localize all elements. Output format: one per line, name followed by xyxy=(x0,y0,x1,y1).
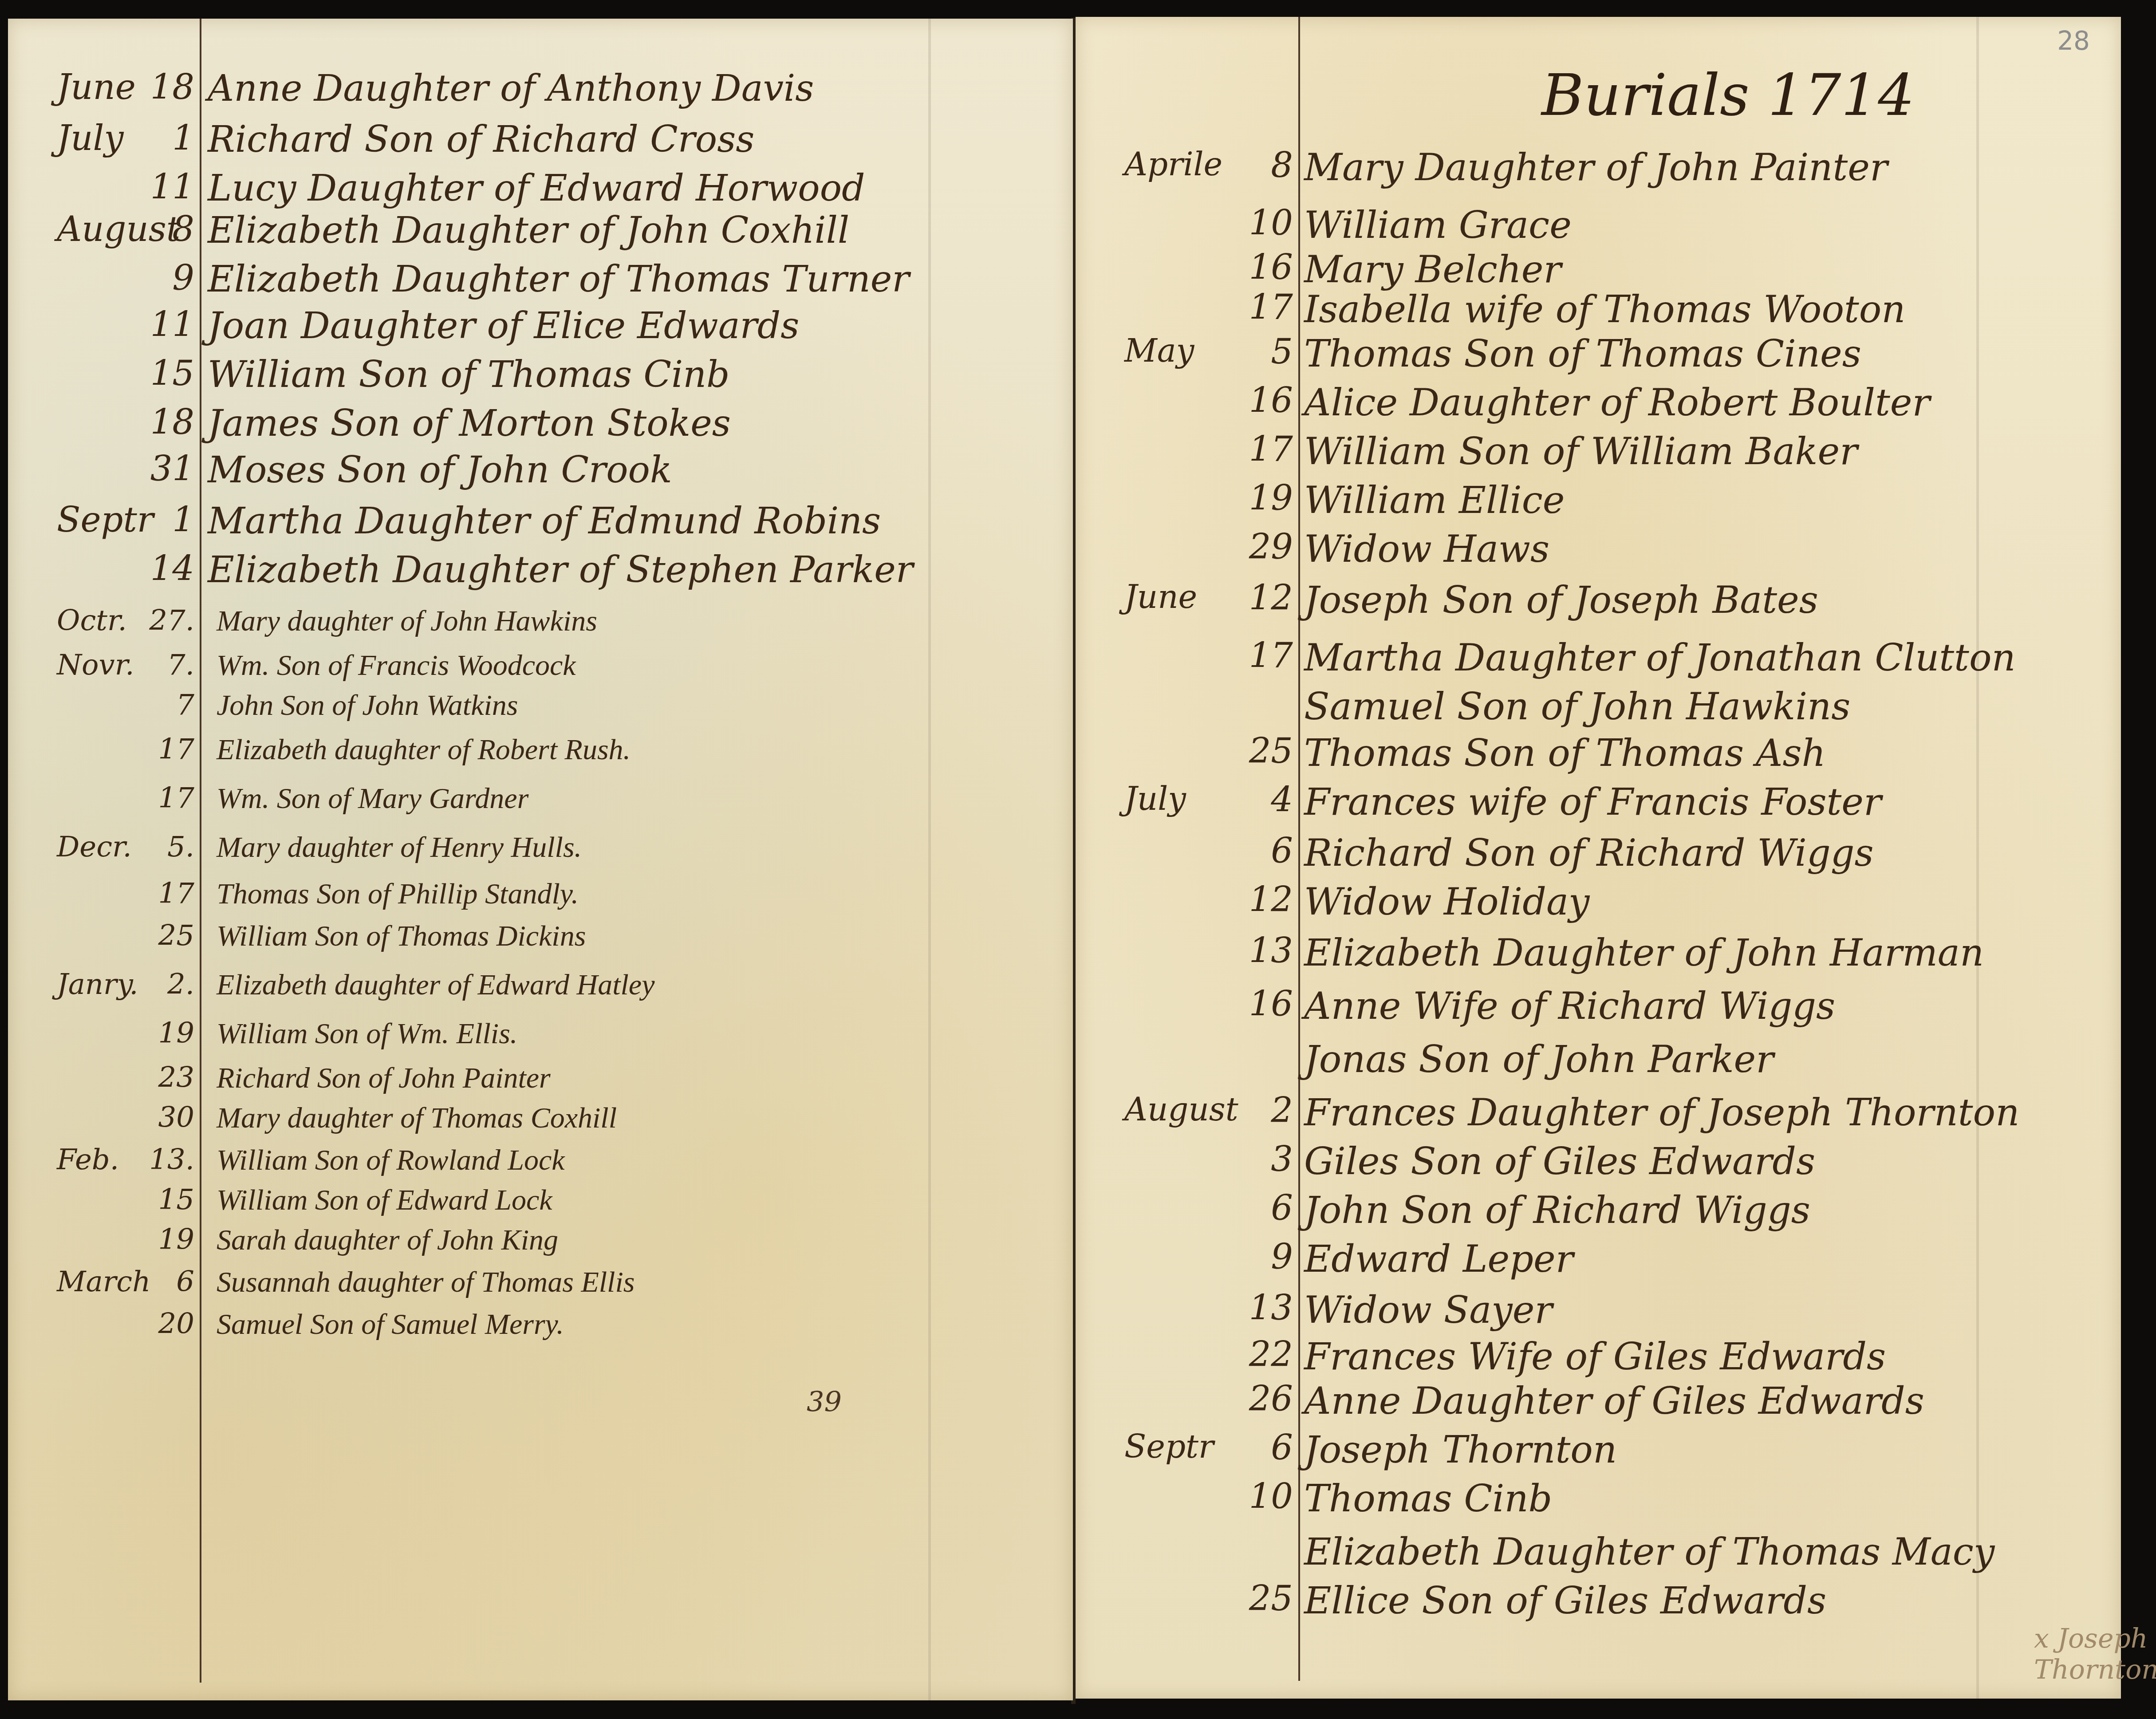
register-entry: 3Giles Son of Giles Edwards xyxy=(1076,1139,2121,1188)
entry-month: July xyxy=(1124,780,1186,817)
entry-text: Mary Daughter of John Painter xyxy=(1304,146,1888,189)
entry-month: Septr xyxy=(1124,1428,1214,1465)
entry-day: 6 xyxy=(1240,1188,1293,1228)
entry-text: William Son of William Baker xyxy=(1304,430,1857,473)
entry-day: 8 xyxy=(141,209,194,249)
entry-text: Anne Daughter of Giles Edwards xyxy=(1304,1379,1924,1423)
entry-day: 8 xyxy=(1240,146,1293,185)
entry-day: 2. xyxy=(141,968,194,1001)
entry-day: 17 xyxy=(141,733,194,766)
register-entry: 19William Son of Wm. Ellis. xyxy=(8,1017,1073,1066)
entry-day: 25 xyxy=(1240,1579,1293,1619)
folio-number: 39 xyxy=(807,1385,842,1418)
register-entry: July4Frances wife of Francis Foster xyxy=(1076,780,2121,829)
register-entry: Elizabeth Daughter of Thomas Macy xyxy=(1076,1530,2121,1579)
entry-day: 9 xyxy=(1240,1237,1293,1277)
register-entry: Samuel Son of John Hawkins xyxy=(1076,685,2121,733)
register-entry: Jonas Son of John Parker xyxy=(1076,1037,2121,1086)
page-title: Burials 1714 xyxy=(1541,61,1915,129)
register-entry: 16Alice Daughter of Robert Boulter xyxy=(1076,381,2121,430)
entry-day: 25 xyxy=(141,919,194,952)
right-page: 28 Burials 1714 Aprile8Mary Daughter of … xyxy=(1076,17,2121,1699)
entry-day: 17 xyxy=(141,782,194,815)
entry-text: Widow Sayer xyxy=(1304,1288,1553,1332)
register-entry: August2Frances Daughter of Joseph Thornt… xyxy=(1076,1091,2121,1139)
entry-text: Richard Son of Richard Wiggs xyxy=(1304,831,1874,875)
entry-day: 17 xyxy=(1240,636,1293,676)
entry-text: James Son of Morton Stokes xyxy=(208,402,731,445)
entry-day: 12 xyxy=(1240,578,1293,618)
register-entry: 14Elizabeth Daughter of Stephen Parker xyxy=(8,549,1073,598)
entry-text: Lucy Daughter of Edward Horwood xyxy=(208,167,865,209)
entry-day: 19 xyxy=(141,1223,194,1256)
entry-day: 15 xyxy=(141,354,194,394)
entry-text: Frances Daughter of Joseph Thornton xyxy=(1304,1091,2019,1134)
entry-text: Elizabeth Daughter of Thomas Macy xyxy=(1304,1530,1994,1573)
entry-text: Mary daughter of Thomas Coxhill xyxy=(217,1101,617,1135)
entry-text: Giles Son of Giles Edwards xyxy=(1304,1139,1815,1183)
entry-text: Joseph Thornton xyxy=(1304,1428,1617,1471)
entry-text: Edward Leper xyxy=(1304,1237,1573,1281)
entry-text: Isabella wife of Thomas Wooton xyxy=(1304,288,1905,331)
entry-day: 14 xyxy=(141,549,194,589)
entry-text: Mary daughter of Henry Hulls. xyxy=(217,831,582,864)
entry-text: Mary daughter of John Hawkins xyxy=(217,604,597,638)
register-entry: 12Widow Holiday xyxy=(1076,880,2121,929)
entry-month: May xyxy=(1124,332,1194,369)
pencil-folio-number: 28 xyxy=(2057,26,2090,56)
entry-day: 5 xyxy=(1240,332,1293,372)
entry-text: Joseph Son of Joseph Bates xyxy=(1304,578,1818,622)
entry-day: 27. xyxy=(141,604,194,637)
entry-day: 10 xyxy=(1240,203,1293,243)
entry-day: 6 xyxy=(1240,1428,1293,1468)
entry-day: 26 xyxy=(1240,1379,1293,1419)
register-entry: 25Thomas Son of Thomas Ash xyxy=(1076,731,2121,780)
entry-text: Alice Daughter of Robert Boulter xyxy=(1304,381,1930,424)
register-entry: June18Anne Daughter of Anthony Davis xyxy=(8,67,1073,116)
entry-day: 11 xyxy=(141,167,194,207)
register-entry: Janry.2.Elizabeth daughter of Edward Hat… xyxy=(8,968,1073,1017)
register-entry: 29Widow Haws xyxy=(1076,527,2121,576)
entry-text: Elizabeth daughter of Robert Rush. xyxy=(217,733,631,767)
register-entry: 6Richard Son of Richard Wiggs xyxy=(1076,831,2121,880)
register-entry: 17Thomas Son of Phillip Standly. xyxy=(8,877,1073,926)
entry-month: Aprile xyxy=(1124,146,1222,183)
register-entry: 17Isabella wife of Thomas Wooton xyxy=(1076,288,2121,336)
register-entry: 16Anne Wife of Richard Wiggs xyxy=(1076,984,2121,1033)
entry-day: 19 xyxy=(1240,478,1293,518)
entry-text: Frances Wife of Giles Edwards xyxy=(1304,1335,1886,1378)
entry-text: Thomas Son of Thomas Ash xyxy=(1304,731,1826,775)
entry-day: 7 xyxy=(141,689,194,722)
entry-month: August xyxy=(1124,1091,1238,1128)
register-entry: May5Thomas Son of Thomas Cines xyxy=(1076,332,2121,381)
entry-day: 10 xyxy=(1240,1477,1293,1517)
entry-month: Octr. xyxy=(57,604,127,637)
register-entry: 17Martha Daughter of Jonathan Clutton xyxy=(1076,636,2121,685)
entry-text: Thomas Son of Thomas Cines xyxy=(1304,332,1861,375)
entry-day: 17 xyxy=(1240,288,1293,327)
register-entry: 17William Son of William Baker xyxy=(1076,430,2121,478)
entry-text: John Son of Richard Wiggs xyxy=(1304,1188,1810,1232)
entry-month: Novr. xyxy=(57,649,134,682)
entry-text: Elizabeth Daughter of Stephen Parker xyxy=(208,549,913,591)
entry-day: 7. xyxy=(141,649,194,682)
entry-day: 25 xyxy=(1240,731,1293,771)
entry-day: 16 xyxy=(1240,984,1293,1024)
register-entry: 26Anne Daughter of Giles Edwards xyxy=(1076,1379,2121,1428)
entry-text: Mary Belcher xyxy=(1304,248,1561,291)
entry-month: June xyxy=(57,67,136,107)
entry-text: William Son of Thomas Cinb xyxy=(208,354,730,396)
entry-text: Wm. Son of Mary Gardner xyxy=(217,782,528,816)
register-entry: 13Elizabeth Daughter of John Harman xyxy=(1076,931,2121,980)
register-entry: 15William Son of Thomas Cinb xyxy=(8,354,1073,402)
entry-day: 9 xyxy=(141,258,194,298)
entry-text: Samuel Son of Samuel Merry. xyxy=(217,1308,564,1341)
entry-text: Thomas Son of Phillip Standly. xyxy=(217,877,579,911)
left-page: June18Anne Daughter of Anthony Davis Jul… xyxy=(8,19,1073,1700)
entry-text: Elizabeth daughter of Edward Hatley xyxy=(217,968,654,1002)
entry-day: 2 xyxy=(1240,1091,1293,1131)
entry-text: Elizabeth Daughter of Thomas Turner xyxy=(208,258,909,300)
entry-text: Frances wife of Francis Foster xyxy=(1304,780,1881,824)
register-entry: 11Joan Daughter of Elice Edwards xyxy=(8,305,1073,354)
entry-day: 5. xyxy=(141,831,194,863)
entry-text: Jonas Son of John Parker xyxy=(1304,1037,1774,1081)
entry-day: 13 xyxy=(1240,931,1293,971)
register-entry: 7John Son of John Watkins xyxy=(8,689,1073,737)
register-entry: Septr1Martha Daughter of Edmund Robins xyxy=(8,500,1073,549)
register-entry: 10William Grace xyxy=(1076,203,2121,252)
entry-text: William Son of Wm. Ellis. xyxy=(217,1017,517,1051)
entry-text: Martha Daughter of Edmund Robins xyxy=(208,500,881,542)
register-entry: 22Frances Wife of Giles Edwards xyxy=(1076,1335,2121,1384)
register-entry: 31Moses Son of John Crook xyxy=(8,449,1073,498)
entry-day: 16 xyxy=(1240,381,1293,421)
entry-month: Septr xyxy=(57,500,154,540)
entry-text: Ellice Son of Giles Edwards xyxy=(1304,1579,1826,1622)
entry-text: Anne Wife of Richard Wiggs xyxy=(1304,984,1835,1028)
entry-day: 29 xyxy=(1240,527,1293,567)
entry-text: William Ellice xyxy=(1304,478,1565,522)
entry-month: Feb. xyxy=(57,1143,119,1176)
register-entry: 19Sarah daughter of John King xyxy=(8,1223,1073,1272)
entry-day: 16 xyxy=(1240,248,1293,288)
register-entry: Aprile8Mary Daughter of John Painter xyxy=(1076,146,2121,194)
entry-month: March xyxy=(57,1266,150,1298)
register-entry: 19William Ellice xyxy=(1076,478,2121,527)
entry-text: Richard Son of Richard Cross xyxy=(208,118,754,161)
register-entry: Septr6Joseph Thornton xyxy=(1076,1428,2121,1477)
entry-day: 31 xyxy=(141,449,194,489)
entry-day: 1 xyxy=(141,118,194,158)
entry-day: 6 xyxy=(141,1266,194,1298)
register-entry: 9Elizabeth Daughter of Thomas Turner xyxy=(8,258,1073,307)
entry-day: 6 xyxy=(1240,831,1293,871)
register-entry: 11Lucy Daughter of Edward Horwood xyxy=(8,167,1073,216)
register-entry: Octr.27.Mary daughter of John Hawkins xyxy=(8,604,1073,653)
register-entry: March6Susannah daughter of Thomas Ellis xyxy=(8,1266,1073,1314)
entry-day: 22 xyxy=(1240,1335,1293,1375)
register-entry: 18James Son of Morton Stokes xyxy=(8,402,1073,451)
entry-day: 1 xyxy=(141,500,194,540)
entry-text: William Son of Rowland Lock xyxy=(217,1143,565,1177)
entry-text: Martha Daughter of Jonathan Clutton xyxy=(1304,636,2016,679)
entry-text: Anne Daughter of Anthony Davis xyxy=(208,67,814,110)
entry-day: 18 xyxy=(141,67,194,107)
entry-text: Thomas Cinb xyxy=(1304,1477,1552,1520)
entry-text: Elizabeth Daughter of John Coxhill xyxy=(208,209,849,252)
entry-month: June xyxy=(1124,578,1197,615)
entry-text: Moses Son of John Crook xyxy=(208,449,672,491)
entry-text: Sarah daughter of John King xyxy=(217,1223,558,1257)
register-entry: 20Samuel Son of Samuel Merry. xyxy=(8,1308,1073,1356)
entry-month: July xyxy=(57,118,124,158)
entry-day: 17 xyxy=(141,877,194,910)
register-entry: 25William Son of Thomas Dickins xyxy=(8,919,1073,968)
register-entry: 6John Son of Richard Wiggs xyxy=(1076,1188,2121,1237)
register-entry: 30Mary daughter of Thomas Coxhill xyxy=(8,1101,1073,1150)
entry-day: 23 xyxy=(141,1061,194,1094)
entry-text: Elizabeth Daughter of John Harman xyxy=(1304,931,1984,974)
entry-day: 11 xyxy=(141,305,194,345)
entry-text: William Son of Thomas Dickins xyxy=(217,919,586,953)
entry-text: Samuel Son of John Hawkins xyxy=(1304,685,1850,728)
register-entry: July1Richard Son of Richard Cross xyxy=(8,118,1073,167)
entry-text: Richard Son of John Painter xyxy=(217,1061,551,1095)
entry-text: Susannah daughter of Thomas Ellis xyxy=(217,1266,635,1299)
entry-day: 13. xyxy=(141,1143,194,1176)
register-entry: 25Ellice Son of Giles Edwards xyxy=(1076,1579,2121,1628)
entry-text: Wm. Son of Francis Woodcock xyxy=(217,649,576,682)
faint-signature: x Joseph Thornton xyxy=(2034,1623,2156,1685)
register-entry: 10Thomas Cinb xyxy=(1076,1477,2121,1526)
entry-day: 13 xyxy=(1240,1288,1293,1328)
entry-day: 4 xyxy=(1240,780,1293,820)
entry-day: 3 xyxy=(1240,1139,1293,1179)
entry-day: 17 xyxy=(1240,430,1293,469)
entry-text: William Grace xyxy=(1304,203,1572,247)
entry-text: William Son of Edward Lock xyxy=(217,1183,552,1217)
entry-text: John Son of John Watkins xyxy=(217,689,518,722)
entry-day: 15 xyxy=(141,1183,194,1216)
register-entry: 17Wm. Son of Mary Gardner xyxy=(8,782,1073,831)
entry-day: 19 xyxy=(141,1017,194,1050)
entry-month: Decr. xyxy=(57,831,132,863)
register-entry: 17Elizabeth daughter of Robert Rush. xyxy=(8,733,1073,782)
entry-text: Joan Daughter of Elice Edwards xyxy=(208,305,799,347)
entry-text: Widow Haws xyxy=(1304,527,1549,571)
entry-day: 12 xyxy=(1240,880,1293,920)
register-entry: 13Widow Sayer xyxy=(1076,1288,2121,1337)
entry-text: Widow Holiday xyxy=(1304,880,1590,923)
register-entry: June12Joseph Son of Joseph Bates xyxy=(1076,578,2121,627)
register-entry: Decr.5.Mary daughter of Henry Hulls. xyxy=(8,831,1073,879)
register-entry: 9Edward Leper xyxy=(1076,1237,2121,1286)
entry-day: 18 xyxy=(141,402,194,442)
register-entry: August8Elizabeth Daughter of John Coxhil… xyxy=(8,209,1073,258)
entry-month: Janry. xyxy=(57,968,138,1001)
entry-day: 30 xyxy=(141,1101,194,1134)
entry-day: 20 xyxy=(141,1308,194,1341)
